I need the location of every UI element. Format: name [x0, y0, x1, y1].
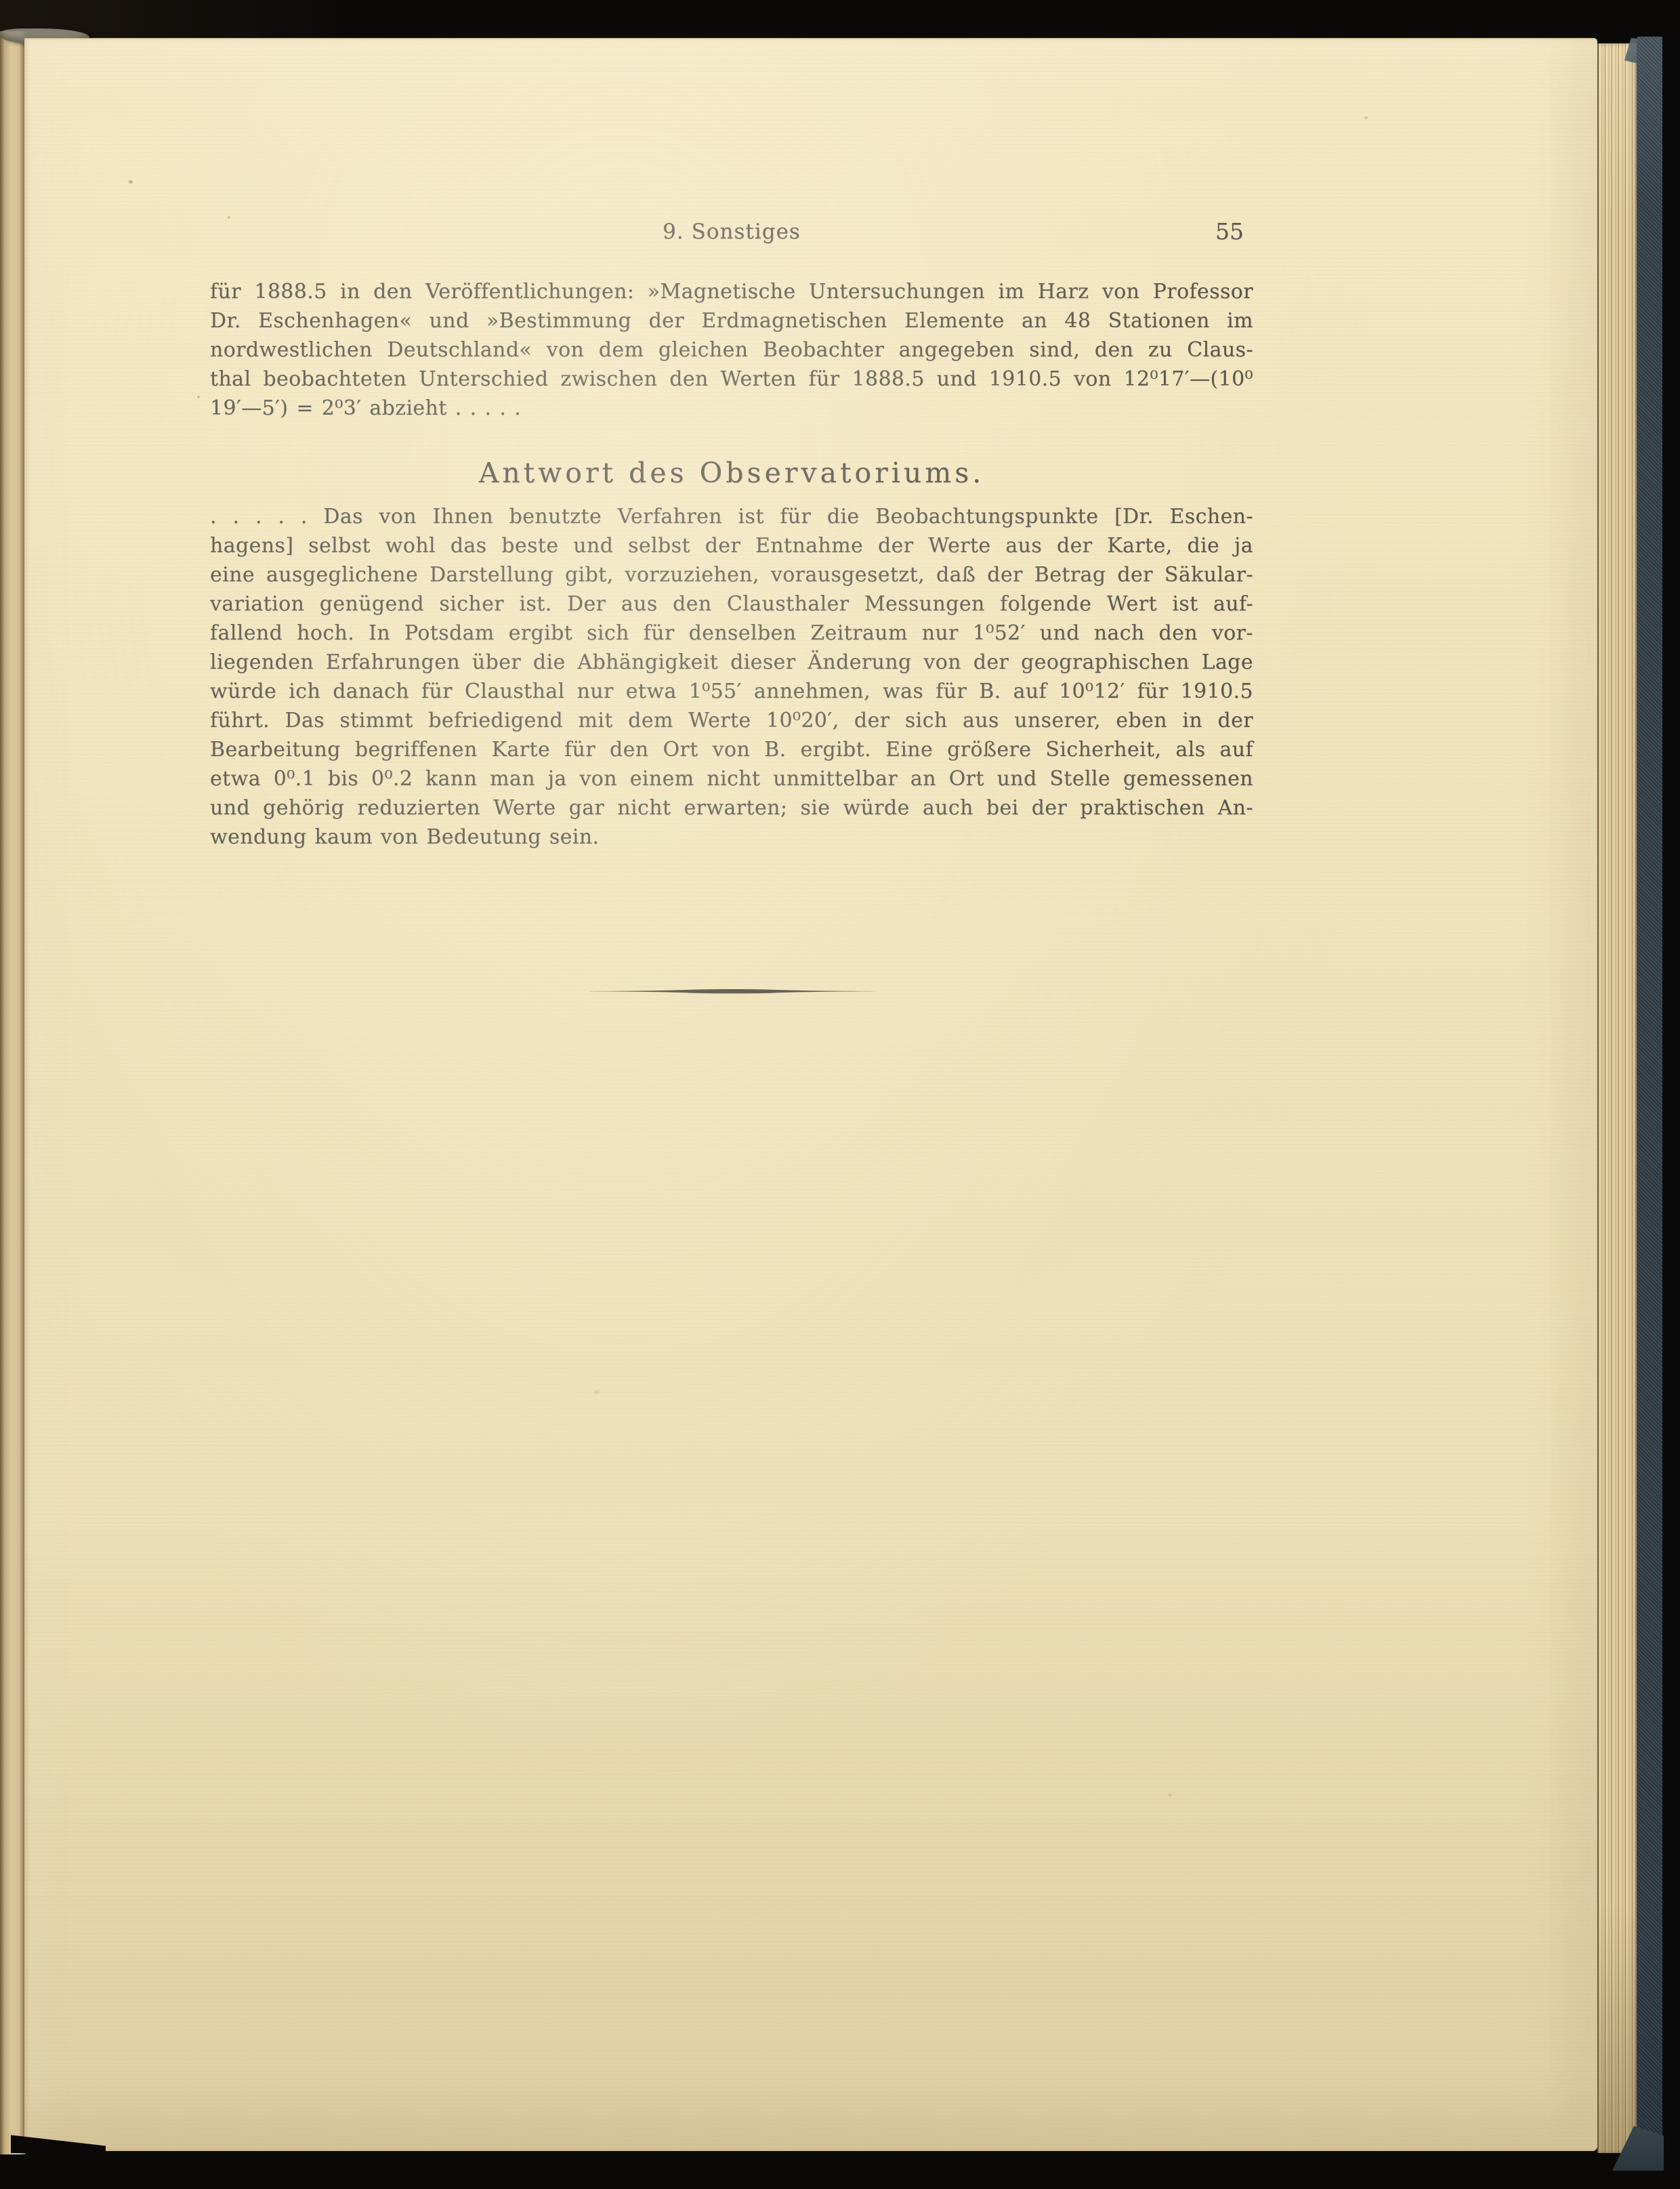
text-line: etwa 0⁰.1 bis 0⁰.2 kann man ja von einem… [210, 764, 1253, 793]
answer-paragraph: . . . . . Das von Ihnen benutzte Verfahr… [210, 502, 1253, 852]
text-line: nordwestlichen Deutschland« von dem glei… [210, 335, 1253, 364]
text-line: 19′—5′) = 2⁰3′ abzieht . . . . . [210, 394, 1253, 423]
text-line: fallend hoch. In Potsdam ergibt sich für… [210, 619, 1253, 648]
text-line: und gehörig reduzierten Werte gar nicht … [210, 793, 1253, 822]
page-number: 55 [1215, 217, 1244, 247]
text-line: Dr. Eschenhagen« und »Bestimmung der Erd… [210, 306, 1253, 335]
text-column: 9. Sonstiges 55 für 1888.5 in den Veröff… [210, 39, 1253, 2151]
text-line: variation genügend sicher ist. Der aus d… [210, 589, 1253, 619]
page-header: 9. Sonstiges 55 [210, 217, 1253, 248]
running-header: 9. Sonstiges [210, 217, 1253, 247]
text-line: führt. Das stimmt befriedigend mit dem W… [210, 706, 1253, 735]
text-line: eine ausgeglichene Darstellung gibt, vor… [210, 560, 1253, 589]
text-line: thal beobachteten Unterschied zwischen d… [210, 364, 1253, 394]
paper-speck [129, 180, 133, 184]
text-line: für 1888.5 in den Veröffentlichungen: »M… [210, 277, 1253, 306]
intro-paragraph: für 1888.5 in den Veröffentlichungen: »M… [210, 277, 1253, 423]
text-line: wendung kaum von Bedeutung sein. [210, 822, 1253, 852]
text-line: hagens] selbst wohl das beste und selbst… [210, 531, 1253, 560]
paper-speck [197, 396, 200, 398]
section-divider-ornament [210, 987, 1253, 996]
text-line: . . . . . Das von Ihnen benutzte Verfahr… [210, 502, 1253, 531]
section-heading: Antwort des Observatoriums. [210, 456, 1253, 490]
scan-background-top [0, 0, 1680, 38]
text-line: würde ich danach für Clausthal nur etwa … [210, 677, 1253, 706]
book-page: 9. Sonstiges 55 für 1888.5 in den Veröff… [24, 38, 1597, 2151]
text-line: Bearbeitung begriffenen Karte für den Or… [210, 735, 1253, 764]
book-cover-cloth-edge [1637, 37, 1662, 2160]
text-line: liegenden Erfahrungen über die Abhängigk… [210, 648, 1253, 677]
scanned-book-page-photo: 9. Sonstiges 55 für 1888.5 in den Veröff… [0, 0, 1680, 2189]
paper-speck [1364, 117, 1368, 119]
binding-gutter-page-edge [0, 31, 26, 2154]
fore-edge-page-stack [1597, 43, 1638, 2153]
tapered-rule-icon [589, 987, 874, 996]
